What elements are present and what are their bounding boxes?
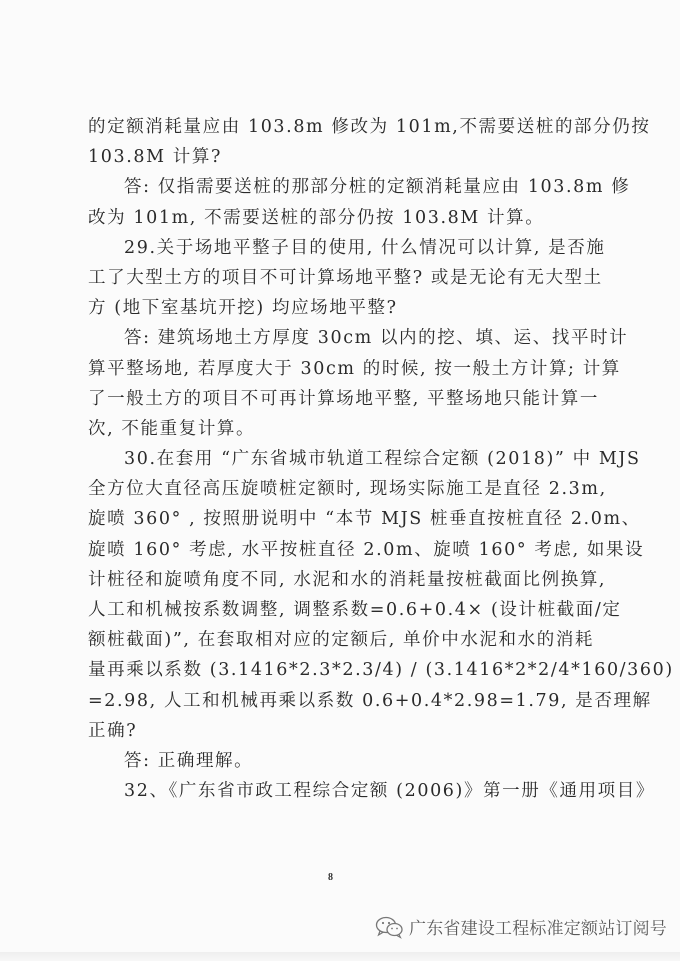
document-body: 的定额消耗量应由 103.8m 修改为 101m,不需要送桩的部分仍按 103.… [88,112,600,806]
question-32: 32、《广东省市政工程综合定额 (2006)》第一册《通用项目》 [88,776,600,806]
page-edge [0,952,680,961]
text-line: 的定额消耗量应由 103.8m 修改为 101m,不需要送桩的部分仍按 [88,112,600,142]
answer-28: 答: 仅指需要送桩的那部分桩的定额消耗量应由 103.8m 修 [88,172,600,202]
question-30: 30.在套用 “广东省城市轨道工程综合定额 (2018)” 中 MJS [88,444,600,474]
text-line: 量再乘以系数 (3.1416*2.3*2.3/4) / (3.1416*2*2/… [88,655,600,685]
answer-30: 答: 正确理解。 [88,746,600,776]
text-line: 额桩截面)”, 在套取相对应的定额后, 单价中水泥和水的消耗 [88,625,600,655]
text-line: 工了大型土方的项目不可计算场地平整? 或是无论有无大型土 [88,263,600,293]
text-line: 次, 不能重复计算。 [88,414,600,444]
text-line: 旋喷 360° , 按照册说明中 “本节 MJS 桩垂直按桩直径 2.0m、 [88,504,600,534]
text-line: 方 (地下室基坑开挖) 均应场地平整? [88,293,600,323]
text-line: 改为 101m, 不需要送桩的部分仍按 103.8M 计算。 [88,203,600,233]
question-29: 29.关于场地平整子目的使用, 什么情况可以计算, 是否施 [88,233,600,263]
document-page: 的定额消耗量应由 103.8m 修改为 101m,不需要送桩的部分仍按 103.… [0,0,680,955]
text-line: 计桩径和旋喷角度不同, 水泥和水的消耗量按桩截面比例换算, [88,565,600,595]
text-line: 正确? [88,716,600,746]
text-line: 了一般土方的项目不可再计算场地平整, 平整场地只能计算一 [88,384,600,414]
text-line: 旋喷 160° 考虑, 水平按桩直径 2.0m、旋喷 160° 考虑, 如果设 [88,535,600,565]
text-line: =2.98, 人工和机械再乘以系数 0.6+0.4*2.98=1.79, 是否理… [88,686,600,716]
wechat-icon [375,915,405,939]
text-line: 全方位大直径高压旋喷桩定额时, 现场实际施工是直径 2.3m, [88,474,600,504]
wechat-watermark: 广东省建设工程标准定额站订阅号 [375,914,667,939]
text-line: 算平整场地, 若厚度大于 30cm 的时候, 按一般土方计算; 计算 [88,354,600,384]
answer-29: 答: 建筑场地土方厚度 30cm 以内的挖、填、运、找平时计 [88,323,600,353]
watermark-text: 广东省建设工程标准定额站订阅号 [409,914,667,939]
text-line: 人工和机械按系数调整, 调整系数=0.6+0.4× (设计桩截面/定 [88,595,600,625]
text-line: 103.8M 计算? [88,142,600,172]
page-number: 8 [328,872,333,883]
